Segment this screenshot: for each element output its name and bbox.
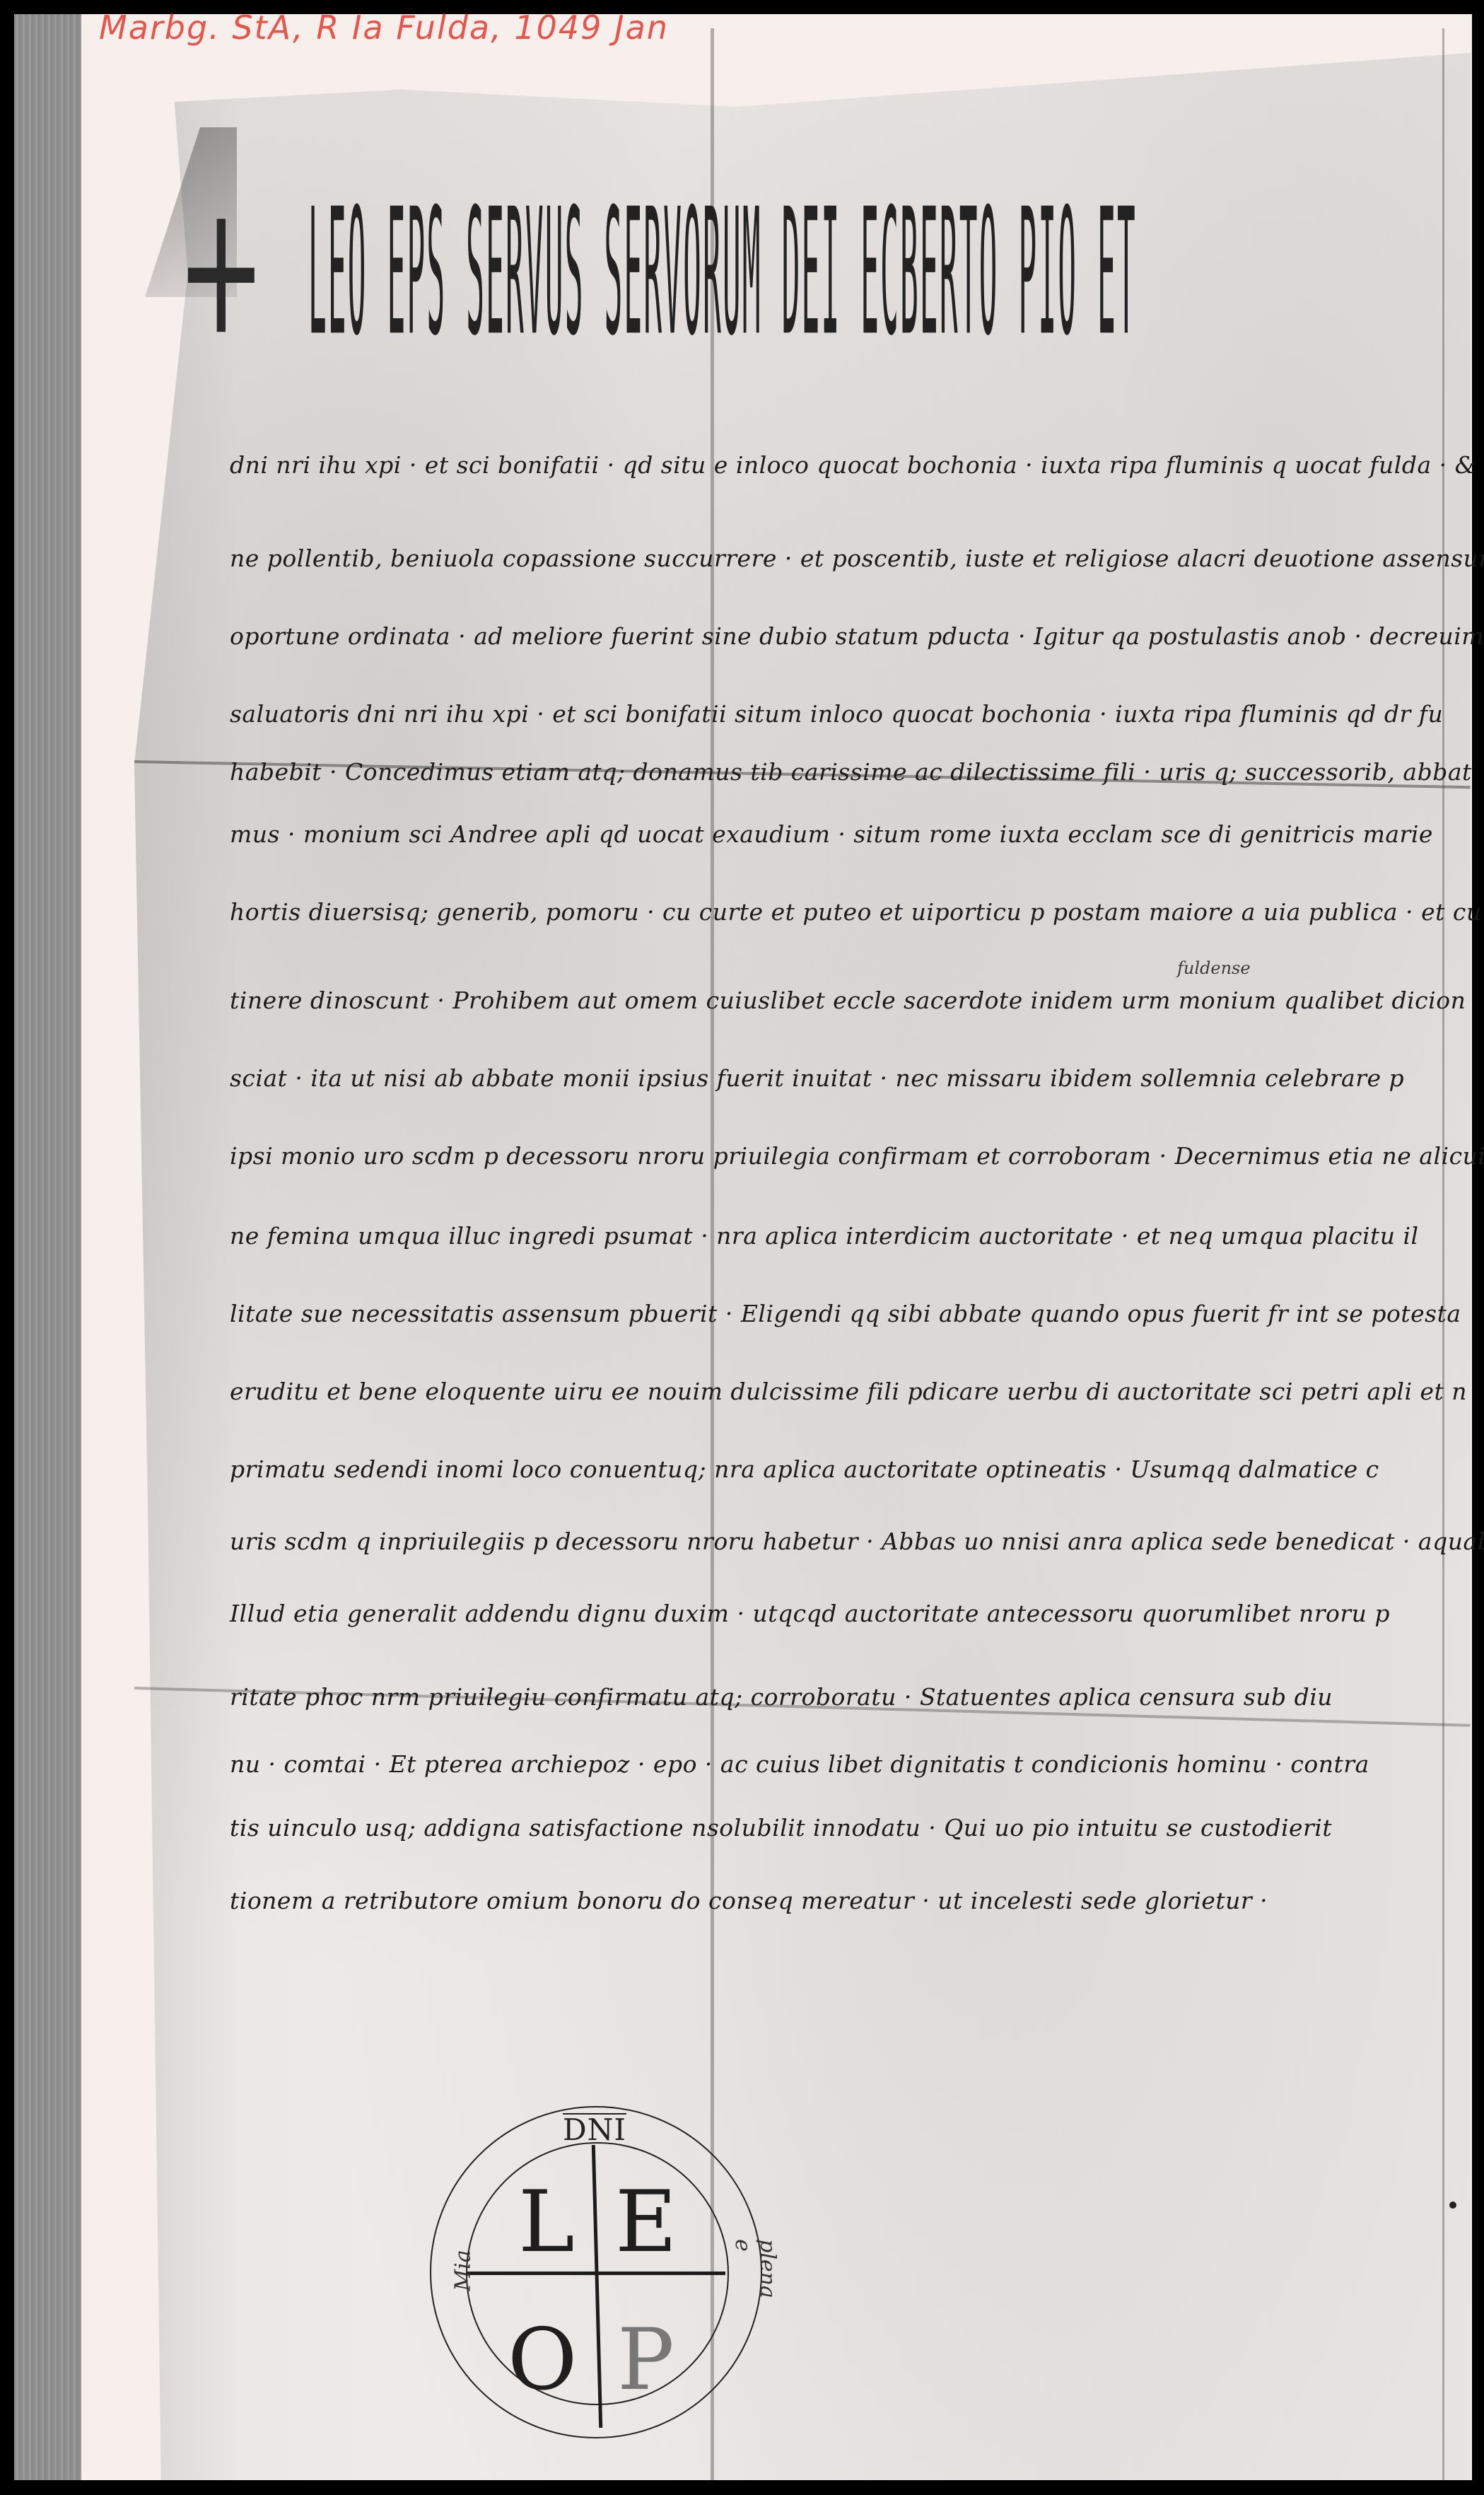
chrismon-cross-icon: + <box>177 180 266 361</box>
text-line: litate sue necessitatis assensum pbuerit… <box>230 1300 1461 1327</box>
elongata-line: + LEO EPS SERVUS SERVORUM DEI ECBERTO PI… <box>177 170 1484 361</box>
text-line: tionem a retributore omium bonoru do con… <box>230 1887 1268 1914</box>
text-line: ne pollentib, beniuola copassione succur… <box>230 545 1484 572</box>
text-line: eruditu et bene eloquente uiru ee nouim … <box>230 1378 1467 1405</box>
text-line: ipsi monio uro scdm p decessoru nroru pr… <box>230 1142 1484 1170</box>
vertical-fold-right <box>1442 28 1444 2480</box>
backing-strip <box>14 14 81 2480</box>
text-line: Illud etia generalit addendu dignu duxim… <box>230 1600 1390 1627</box>
archival-annotation: Marbg. StA, R Ia Fulda, 1049 Jan <box>99 8 669 47</box>
rota-quadrant-l: L <box>518 2180 575 2265</box>
text-line: tis uinculo usq; addigna satisfactione n… <box>230 1814 1332 1842</box>
rota-seal: DNI L E O P Mia plena e <box>430 2106 762 2438</box>
text-line: oportune ordinata · ad meliore fuerint s… <box>230 622 1484 650</box>
text-line: ritate phoc nrm priuilegiu confirmatu at… <box>230 1683 1333 1711</box>
text-line: uris scdm q inpriuilegiis p decessoru nr… <box>230 1528 1484 1555</box>
rota-cross-horizontal <box>467 2272 725 2275</box>
text-line: hortis diuersisq; generib, pomoru · cu c… <box>230 898 1484 926</box>
text-line: primatu sedendi inomi loco conuentuq; nr… <box>230 1455 1379 1483</box>
interlinear-gloss: fuldense <box>1177 958 1251 978</box>
parchment-sheet <box>134 28 1471 2480</box>
ink-dot <box>1449 2202 1456 2209</box>
rota-quadrant-p: P <box>617 2318 674 2403</box>
text-line: habebit · Concedimus etiam atq; donamus … <box>230 758 1472 786</box>
text-line: ne femina umqua illuc ingredi psumat · n… <box>230 1222 1419 1250</box>
rota-quadrant-e: E <box>615 2180 677 2265</box>
rota-top-label: DNI <box>563 2113 626 2146</box>
text-line: nu · comtai · Et pterea archiepoz · epo … <box>230 1750 1369 1778</box>
text-line: sciat · ita ut nisi ab abbate monii ipsi… <box>230 1064 1404 1092</box>
photo-frame: Marbg. StA, R Ia Fulda, 1049 Jan + LEO E… <box>0 0 1484 2495</box>
text-line: dni nri ihu xpi · et sci bonifatii · qd … <box>230 451 1484 479</box>
text-line: tinere dinoscunt · Prohibem aut omem cui… <box>230 987 1466 1014</box>
rota-quadrant-o: O <box>508 2318 577 2403</box>
rota-left-inscription: Mia <box>451 2250 476 2291</box>
text-line: saluatoris dni nri ihu xpi · et sci boni… <box>230 700 1443 728</box>
elongata-text: LEO EPS SERVUS SERVORUM DEI ECBERTO PIO … <box>308 187 1137 361</box>
text-line: mus · monium sci Andree apli qd uocat ex… <box>230 820 1433 848</box>
rota-right-inscription: plena e <box>730 2239 780 2298</box>
